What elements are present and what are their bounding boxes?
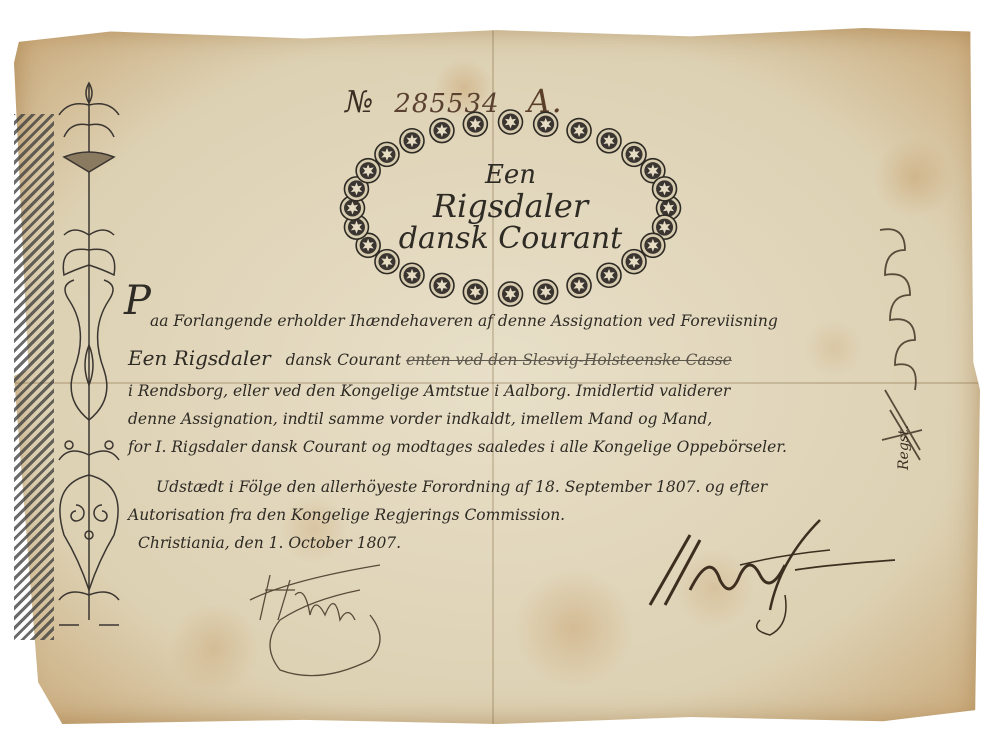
struck-text: enten ved den Slesvig-Holsteenske Casse xyxy=(406,351,732,369)
drop-cap: P xyxy=(124,278,151,324)
denomination-oval: Een Rigsdaler dansk Courant xyxy=(338,108,683,308)
body-line-1: aa Forlangende erholder Ihændehaveren af… xyxy=(150,312,778,330)
denomination-line-1: Een xyxy=(485,162,536,188)
body-line-3: i Rendsborg, eller ved den Kongelige Amt… xyxy=(128,382,730,400)
amount-script: Een Rigsdaler xyxy=(128,346,271,370)
signature-right-icon xyxy=(620,510,900,640)
body-line-7: Autorisation fra den Kongelige Regjering… xyxy=(128,506,565,524)
body-line-2: Een Rigsdaler dansk Courant enten ved de… xyxy=(128,346,732,370)
place-date-line: Christiania, den 1. October 1807. xyxy=(138,534,401,552)
registration-label: Regst. xyxy=(896,425,912,470)
floral-ornament-icon xyxy=(54,75,124,635)
denomination-line-3: dansk Courant xyxy=(399,224,622,254)
body-line-5: for I. Rigsdaler dansk Courant og modtag… xyxy=(128,438,787,456)
denomination-line-2: Rigsdaler xyxy=(433,190,588,222)
body-line-4: denne Assignation, indtil samme vorder i… xyxy=(128,410,712,428)
hatched-border xyxy=(14,114,54,640)
currency-text: dansk Courant xyxy=(286,351,401,369)
signature-left-icon xyxy=(240,560,400,680)
body-line-6: Udstædt i Fölge den allerhöyeste Forordn… xyxy=(156,478,767,496)
